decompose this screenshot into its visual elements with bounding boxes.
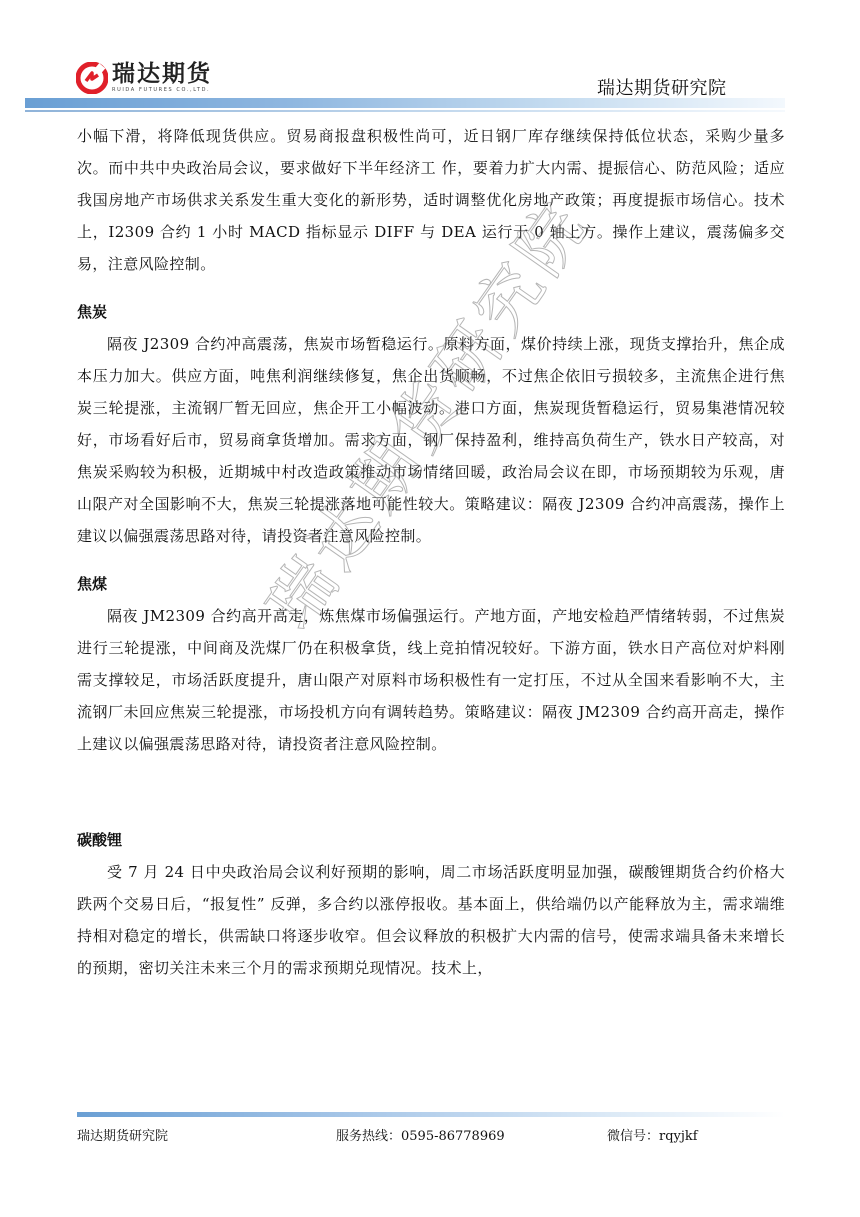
paragraph: 隔夜 J2309 合约冲高震荡，焦炭市场暂稳运行。原料方面，煤价持续上涨，现货支… [77,328,785,552]
header-divider-bar [25,98,785,108]
footer-hotline: 服务热线：0595-86778969 [336,1125,505,1144]
report-body: 小幅下滑，将降低现货供应。贸易商报盘积极性尚可，近日钢厂库存继续保持低位状态，采… [77,120,785,984]
section-lithium-carbonate: 碳酸锂 受 7 月 24 日中央政治局会议利好预期的影响，周二市场活跃度明显加强… [77,824,785,984]
footer-institute: 瑞达期货研究院 [77,1125,168,1144]
company-logo: 瑞达期货 RUIDA FUTURES CO.,LTD. [76,62,212,94]
paragraph: 隔夜 JM2309 合约高开高走，炼焦煤市场偏强运行。产地方面，产地安检趋严情绪… [77,600,785,760]
section-coke: 焦炭 隔夜 J2309 合约冲高震荡，焦炭市场暂稳运行。原料方面，煤价持续上涨，… [77,296,785,552]
header-institute-name: 瑞达期货研究院 [597,74,727,100]
header-divider-thin [25,110,785,112]
paragraph: 小幅下滑，将降低现货供应。贸易商报盘积极性尚可，近日钢厂库存继续保持低位状态，采… [77,120,785,280]
section-title: 焦煤 [77,568,785,600]
section-title: 焦炭 [77,296,785,328]
logo-english-name: RUIDA FUTURES CO.,LTD. [112,87,212,94]
footer-wechat: 微信号：rqyjkf [607,1125,698,1144]
section-iron-ore-continued: 小幅下滑，将降低现货供应。贸易商报盘积极性尚可，近日钢厂库存继续保持低位状态，采… [77,120,785,280]
section-title: 碳酸锂 [77,824,785,856]
paragraph: 受 7 月 24 日中央政治局会议利好预期的影响，周二市场活跃度明显加强，碳酸锂… [77,856,785,984]
logo-chinese-name: 瑞达期货 [112,62,212,86]
ruida-logo-icon [76,62,108,94]
footer-divider-bar [77,1112,785,1117]
section-coking-coal: 焦煤 隔夜 JM2309 合约高开高走，炼焦煤市场偏强运行。产地方面，产地安检趋… [77,568,785,760]
